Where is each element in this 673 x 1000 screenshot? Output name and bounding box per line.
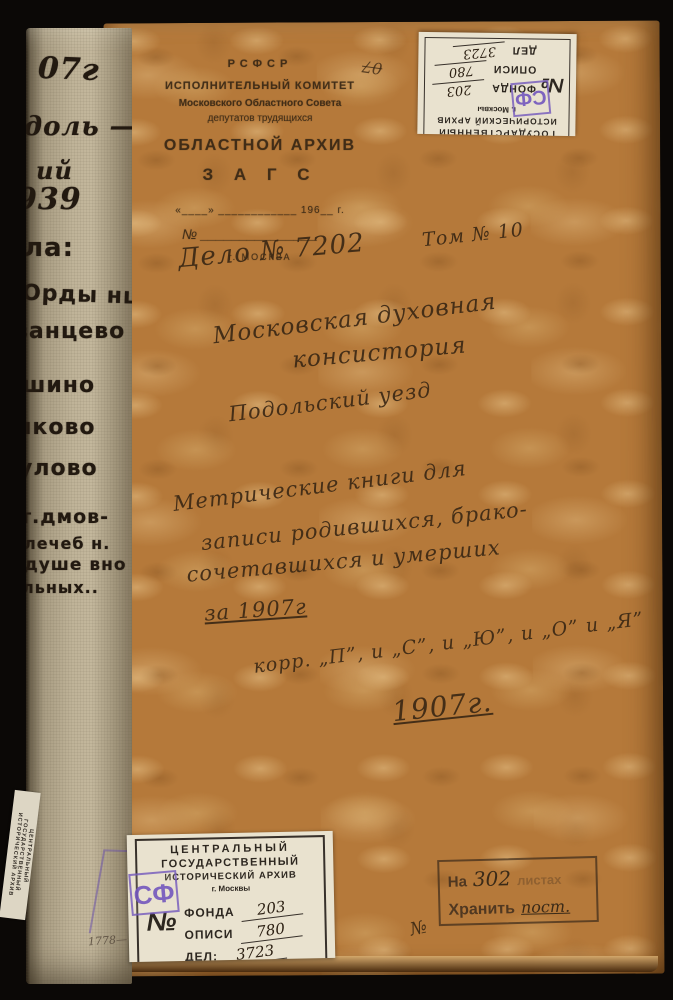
fond-label: ФОНДА [184, 905, 235, 920]
spine-text-la: ла: [26, 233, 74, 263]
stamp-line-deputies: депутатов трудящихся [148, 113, 372, 124]
sf-purple-stamp: СФ [128, 870, 179, 916]
stamp-line-rsfsr: РСФСР [148, 58, 372, 70]
fond-value: 203 [433, 79, 486, 100]
archive-label-header: ИСТОРИЧЕСКИЙ АРХИВ [429, 115, 563, 127]
spine-text-dol: доль — [26, 112, 132, 142]
opis-value: 780 [238, 917, 302, 944]
archive-rows-column: ФОНДА 203 ОПИСИ 780 ДЕЛ: 3723 [184, 896, 304, 963]
sheets-line: На 302 листах [447, 864, 588, 892]
delo-label: ДЕЛ [512, 44, 537, 56]
sheets-count-stamp: На 302 листах Хранить пост. [437, 856, 599, 926]
delo-value: 3723 [453, 41, 506, 62]
delo-value: 3723 [223, 940, 287, 962]
spine-text-ordyntsy: Орды нцы [26, 281, 132, 311]
sheets-word: листах [517, 872, 562, 888]
opis-row: ОПИСИ 780 [184, 921, 303, 942]
archival-book-cover-photo: 07г доль — ий 939 ла: Орды нцы ванцево ш… [0, 0, 673, 1000]
archive-number-sign: № [146, 906, 177, 962]
crossed-out-ink-scribble: 07 [361, 57, 384, 79]
spine-text-lnykh: льных.. [26, 578, 99, 597]
sheets-value: 302 [473, 866, 512, 891]
spine-text-shino: шино [26, 373, 95, 398]
opis-label: ОПИСИ [184, 927, 233, 942]
na-stamp-word: На [448, 873, 468, 890]
spine-text-year: 07г [37, 51, 100, 88]
archive-label-header: ГОСУДАРСТВЕННЫЙ [143, 855, 317, 871]
opis-value: 780 [434, 60, 487, 81]
keep-stamp-word: Хранить [448, 900, 515, 920]
top-right-archive-label-upside-down: ГОСУДАРСТВЕННЫЙ ИСТОРИЧЕСКИЙ АРХИВ г. Мо… [417, 32, 576, 136]
stamp-line-soviet: Московского Областного Совета [148, 98, 372, 109]
delo-row: ДЕЛ 3723 [434, 43, 537, 60]
sf-purple-stamp: СФ [510, 80, 551, 117]
archive-label-header: ЦЕНТРАЛЬНЫЙ [143, 841, 317, 857]
pencil-scribble: 1778— [88, 933, 128, 949]
fond-row: ФОНДА 203 [184, 899, 303, 920]
spine-text-939: 939 [26, 182, 82, 217]
spine-text-ulovo: улово [26, 456, 98, 481]
spine-text-ii: ий [36, 156, 73, 185]
spine-text-vantsevo: ванцево [26, 319, 125, 344]
delo-label: ДЕЛ: [185, 949, 218, 962]
stamp-line-archive: ОБЛАСТНОЙ АРХИВ [148, 137, 372, 155]
keep-line: Хранить пост. [448, 896, 588, 920]
book-spine: 07г доль — ий 939 ла: Орды нцы ванцево ш… [26, 28, 132, 984]
opis-label: ОПИСИ [493, 63, 537, 76]
spine-text-dmov: т.дмов- [26, 506, 109, 528]
stamp-line-date: «____» ____________ 196__ г. [148, 205, 372, 216]
spine-text-ikovo: иково [26, 415, 96, 440]
opis-row: ОПИСИ 780 [433, 62, 536, 79]
stamp-line-committee: ИСПОЛНИТЕЛЬНЫЙ КОМИТЕТ [148, 80, 372, 92]
stamp-line-zags: З А Г С [148, 165, 372, 185]
keep-value: пост. [521, 897, 571, 917]
spine-text-lechebn: лечеб н. [26, 534, 110, 553]
spine-text-dushevno: душе вно [26, 555, 127, 575]
